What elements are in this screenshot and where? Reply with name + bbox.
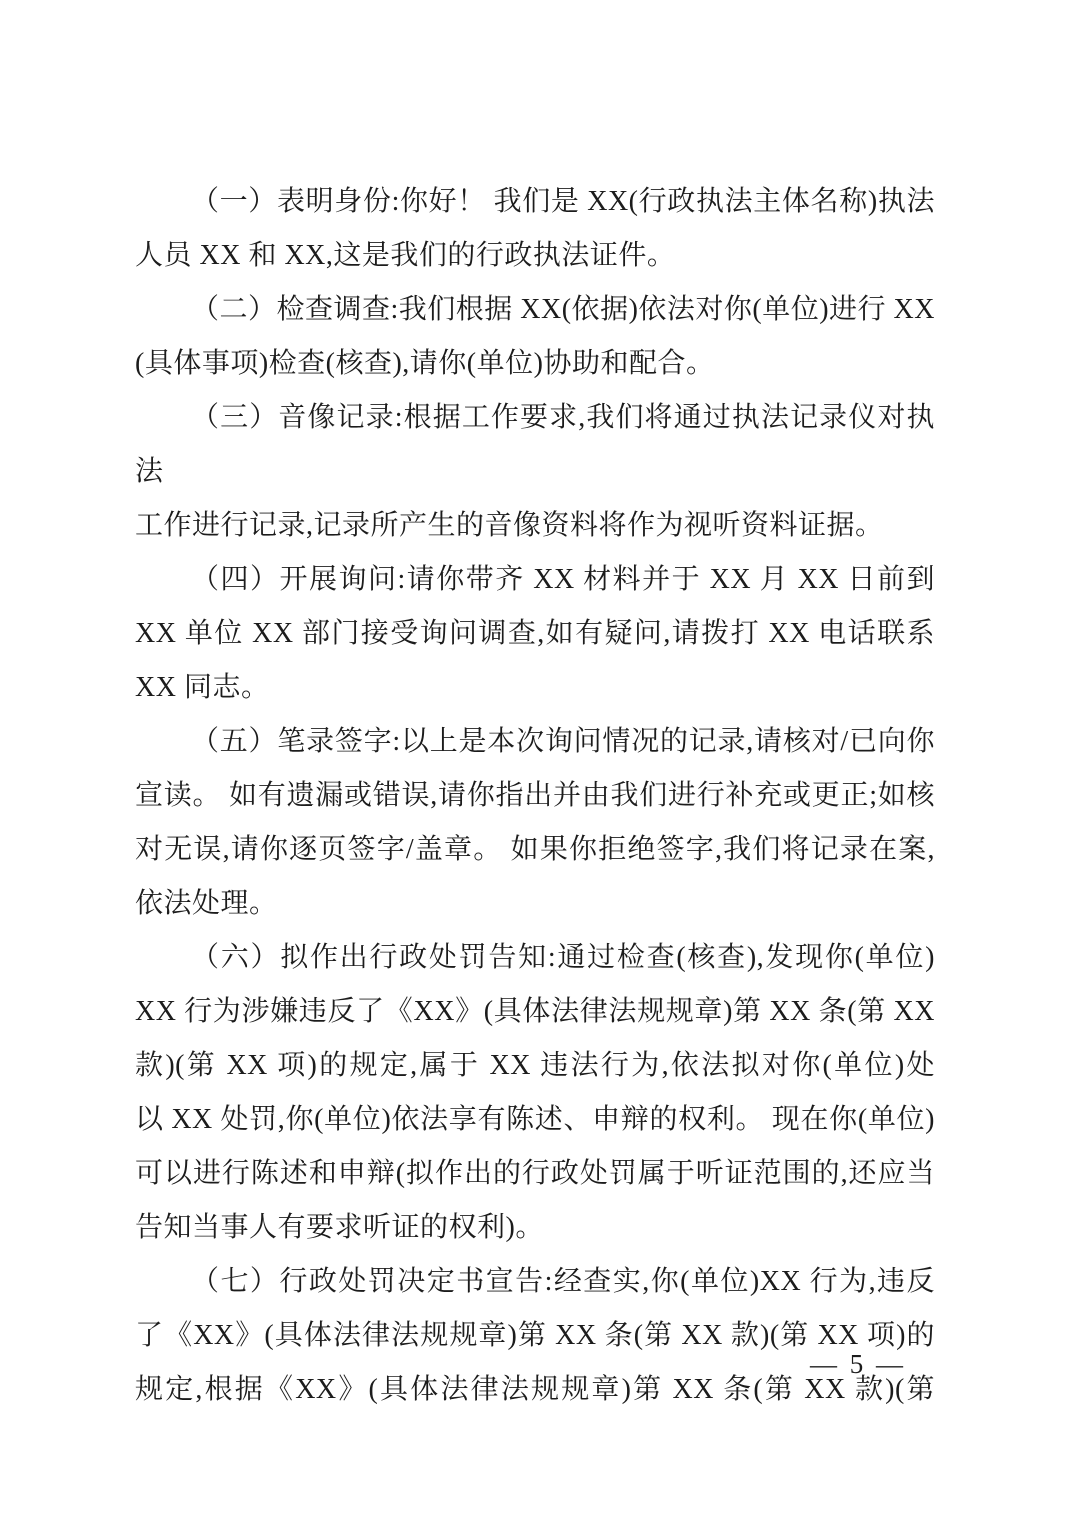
text-line: 可以进行陈述和申辩(拟作出的行政处罚属于听证范围的,还应当 <box>135 1147 935 1201</box>
paragraph-inquiry: （四）开展询问:请你带齐 XX 材料并于 XX 月 XX 日前到 XX 单位 X… <box>135 553 935 715</box>
paragraph-inspection: （二）检查调查:我们根据 XX(依据)依法对你(单位)进行 XX (具体事项)检… <box>135 283 935 391</box>
text-line: （六）拟作出行政处罚告知:通过检查(核查),发现你(单位) <box>135 931 935 985</box>
page-number: — 5 — <box>810 1344 906 1384</box>
document-body: （一）表明身份:你好！ 我们是 XX(行政执法主体名称)执法 人员 XX 和 X… <box>135 175 935 1417</box>
paragraph-penalty-decision: （七）行政处罚决定书宣告:经查实,你(单位)XX 行为,违反 了《XX》(具体法… <box>135 1255 935 1417</box>
text-line: （五）笔录签字:以上是本次询问情况的记录,请核对/已向你 <box>135 715 935 769</box>
text-line: （三）音像记录:根据工作要求,我们将通过执法记录仪对执法 <box>135 391 935 499</box>
text-line: 人员 XX 和 XX,这是我们的行政执法证件。 <box>135 229 935 283</box>
document-page: （一）表明身份:你好！ 我们是 XX(行政执法主体名称)执法 人员 XX 和 X… <box>0 0 1074 1520</box>
text-line: （七）行政处罚决定书宣告:经查实,你(单位)XX 行为,违反 <box>135 1255 935 1309</box>
text-line: 宣读。 如有遗漏或错误,请你指出并由我们进行补充或更正;如核 <box>135 769 935 823</box>
text-line: XX 单位 XX 部门接受询问调查,如有疑问,请拨打 XX 电话联系 <box>135 607 935 661</box>
text-line: XX 行为涉嫌违反了《XX》(具体法律法规规章)第 XX 条(第 XX <box>135 985 935 1039</box>
text-line: 以 XX 处罚,你(单位)依法享有陈述、申辩的权利。 现在你(单位) <box>135 1093 935 1147</box>
text-line: (具体事项)检查(核查),请你(单位)协助和配合。 <box>135 337 935 391</box>
paragraph-identify: （一）表明身份:你好！ 我们是 XX(行政执法主体名称)执法 人员 XX 和 X… <box>135 175 935 283</box>
paragraph-recording: （三）音像记录:根据工作要求,我们将通过执法记录仪对执法 工作进行记录,记录所产… <box>135 391 935 553</box>
text-line: 依法处理。 <box>135 877 935 931</box>
text-line: （四）开展询问:请你带齐 XX 材料并于 XX 月 XX 日前到 <box>135 553 935 607</box>
text-line: XX 同志。 <box>135 661 935 715</box>
text-line: 工作进行记录,记录所产生的音像资料将作为视听资料证据。 <box>135 499 935 553</box>
paragraph-signature: （五）笔录签字:以上是本次询问情况的记录,请核对/已向你 宣读。 如有遗漏或错误… <box>135 715 935 931</box>
text-line: 告知当事人有要求听证的权利)。 <box>135 1201 935 1255</box>
paragraph-penalty-notice: （六）拟作出行政处罚告知:通过检查(核查),发现你(单位) XX 行为涉嫌违反了… <box>135 931 935 1255</box>
text-line: （一）表明身份:你好！ 我们是 XX(行政执法主体名称)执法 <box>135 175 935 229</box>
text-line: （二）检查调查:我们根据 XX(依据)依法对你(单位)进行 XX <box>135 283 935 337</box>
text-line: 款)(第 XX 项)的规定,属于 XX 违法行为,依法拟对你(单位)处 <box>135 1039 935 1093</box>
text-line: 对无误,请你逐页签字/盖章。 如果你拒绝签字,我们将记录在案, <box>135 823 935 877</box>
